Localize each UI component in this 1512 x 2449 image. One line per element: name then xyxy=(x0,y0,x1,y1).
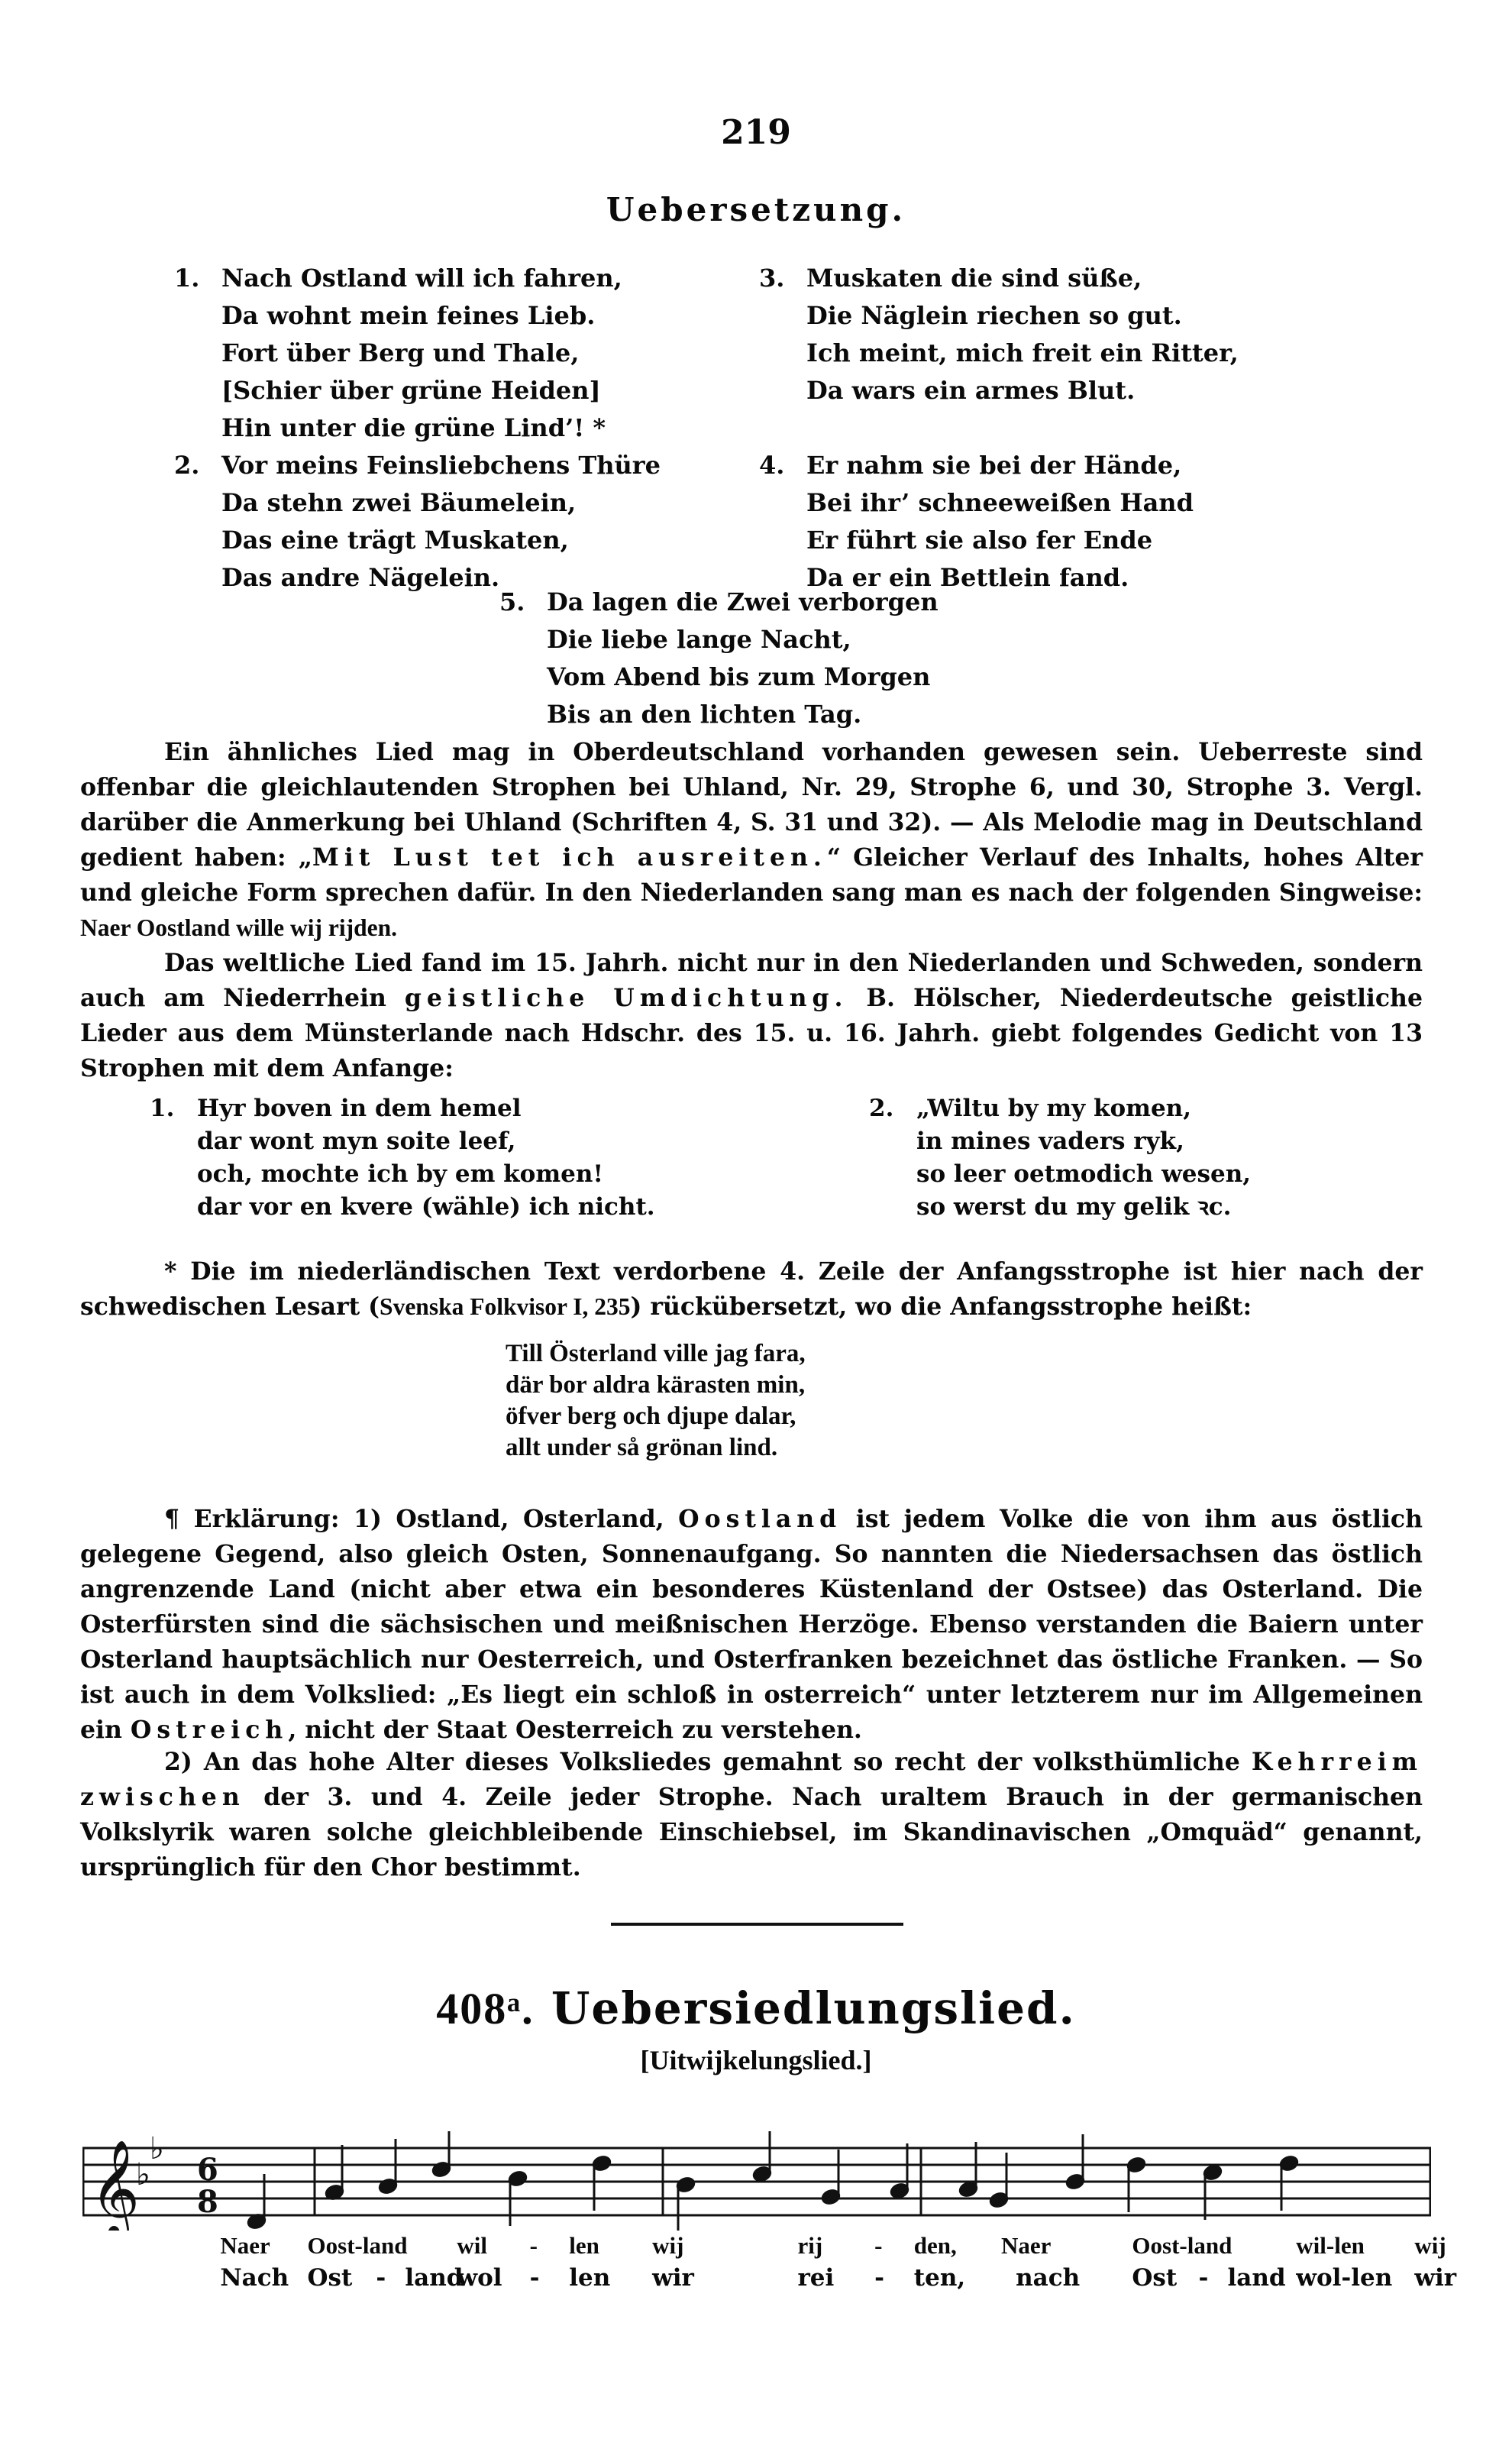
music-staff: 𝄞 ♭ ♭ 6 8 xyxy=(82,2131,1431,2231)
lyric-syllable: Ost xyxy=(1132,2264,1177,2292)
verse-line: dar vor en kvere (wähle) ich nicht. xyxy=(197,1191,655,1224)
lyric-syllable: land xyxy=(405,2264,463,2292)
lyrics-german: NachOst-landwol-lenwirrei-ten,nachOst-la… xyxy=(0,2264,1512,2295)
lyric-syllable: wij xyxy=(1414,2232,1446,2260)
verse-line: Die liebe lange Nacht, xyxy=(547,621,939,658)
verse-line: Fort über Berg und Thale, xyxy=(221,335,622,372)
lyric-syllable: Nach xyxy=(220,2264,289,2292)
lyric-syllable: - xyxy=(874,2232,882,2260)
flat-icon: ♭ xyxy=(150,2131,164,2166)
swedish-stanza: Till Österland ville jag fara, där bor a… xyxy=(506,1338,806,1464)
lyric-syllable: wij xyxy=(652,2232,683,2260)
verse-line: där bor aldra kärasten min, xyxy=(506,1370,806,1401)
source-citation: Svenska Folkvisor I, 235 xyxy=(380,1293,631,1320)
lyric-syllable: wir xyxy=(1414,2264,1456,2292)
section-divider xyxy=(611,1923,903,1926)
lyric-syllable: wol xyxy=(457,2264,502,2292)
stanza-number: 3. xyxy=(759,260,784,297)
text: der 3. und 4. Zeile jeder Strophe. Nach … xyxy=(80,1783,1423,1881)
lyric-syllable: len xyxy=(569,2264,610,2292)
stanza-number: 2. xyxy=(174,447,199,484)
lyric-syllable: - xyxy=(376,2264,386,2292)
lyric-syllable: Oost-land xyxy=(308,2232,408,2260)
verse-line: Er führt sie also fer Ende xyxy=(806,522,1194,559)
lyric-syllable: Naer xyxy=(1001,2232,1051,2260)
svg-text:8: 8 xyxy=(197,2184,218,2220)
stanza-4: 4. Er nahm sie bei der Hände, Bei ihr’ s… xyxy=(806,447,1194,597)
dutch-stanza-2: 2. „Wiltu by my komen, in mines vaders r… xyxy=(916,1092,1251,1224)
text: ) rückübersetzt, wo die Anfangsstrophe h… xyxy=(631,1292,1252,1321)
verse-line: Er nahm sie bei der Hände, xyxy=(806,447,1194,484)
footnote: * Die im niederländischen Text verdorben… xyxy=(80,1254,1423,1325)
lyric-syllable: wol-len xyxy=(1296,2264,1392,2292)
stanza-number: 1. xyxy=(150,1092,174,1125)
spaced-emphasis: Oostland xyxy=(678,1505,842,1533)
verse-line: Bis an den lichten Tag. xyxy=(547,696,939,733)
stanza-2: 2. Vor meins Feinsliebchens Thüre Da ste… xyxy=(221,447,661,597)
lyric-syllable: den, xyxy=(914,2232,957,2260)
stanza-number: 4. xyxy=(759,447,784,484)
dutch-stanza-1: 1. Hyr boven in dem hemel dar wont myn s… xyxy=(197,1092,655,1224)
lyric-syllable: - xyxy=(530,2232,538,2260)
explanation-note-2: 2) An das hohe Alter dieses Volksliedes … xyxy=(80,1745,1423,1885)
verse-line: Ich meint, mich freit ein Ritter, xyxy=(806,335,1239,372)
treble-clef-icon: 𝄞 xyxy=(90,2139,140,2231)
verse-line: Nach Ostland will ich fahren, xyxy=(221,260,622,297)
time-signature: 6 xyxy=(197,2152,218,2188)
commentary-paragraph-2: Das weltliche Lied fand im 15. Jahrh. ni… xyxy=(80,946,1423,1086)
explanation-label: ¶ Erklärung: 1) Ostland, Osterland, xyxy=(164,1505,678,1533)
verse-line: allt under så grönan lind. xyxy=(506,1432,806,1464)
spaced-emphasis: Ostreich xyxy=(131,1716,288,1744)
lyric-syllable: rij xyxy=(797,2232,822,2260)
dutch-incipit: Naer Oostland wille wij rijden. xyxy=(80,914,397,941)
spaced-emphasis: geistliche Umdichtung. xyxy=(405,984,848,1012)
flat-icon: ♭ xyxy=(136,2157,150,2192)
song-subtitle: [Uitwijkelungslied.] xyxy=(0,2044,1512,2076)
verse-line: Hyr boven in dem hemel xyxy=(197,1092,655,1125)
page-number: 219 xyxy=(0,113,1512,152)
translation-heading: Uebersetzung. xyxy=(0,191,1512,228)
lyrics-dutch: NaerOost-landwil-lenwijrij-den,NaerOost-… xyxy=(0,2232,1512,2263)
verse-line: „Wiltu by my komen, xyxy=(916,1092,1251,1125)
song-title: 408ᵃ. Uebersiedlungslied. xyxy=(0,1982,1512,2034)
explanation-note-1: ¶ Erklärung: 1) Ostland, Osterland, Oost… xyxy=(80,1502,1423,1748)
lyric-syllable: Ost xyxy=(308,2264,353,2292)
verse-line: so leer oetmodich wesen, xyxy=(916,1158,1251,1191)
lyric-syllable: land xyxy=(1228,2264,1286,2292)
verse-line: in mines vaders ryk, xyxy=(916,1125,1251,1158)
lyric-syllable: - xyxy=(874,2264,884,2292)
verse-line: Hin unter die grüne Lind’! * xyxy=(221,409,622,447)
lyric-syllable: - xyxy=(1198,2264,1208,2292)
verse-line: Da lagen die Zwei verborgen xyxy=(547,584,939,621)
lyric-syllable: len xyxy=(569,2232,599,2260)
verse-line: Die Näglein riechen so gut. xyxy=(806,297,1239,335)
verse-line: Da stehn zwei Bäumelein, xyxy=(221,484,661,522)
verse-line: [Schier über grüne Heiden] xyxy=(221,372,622,409)
stanza-number: 5. xyxy=(499,584,525,621)
song-number: 408ᵃ. xyxy=(436,1984,534,2033)
verse-line: Da wohnt mein feines Lieb. xyxy=(221,297,622,335)
text: , nicht der Staat Oesterreich zu versteh… xyxy=(288,1716,862,1744)
verse-line: öfver berg och djupe dalar, xyxy=(506,1401,806,1432)
lyric-syllable: - xyxy=(530,2264,540,2292)
stanza-number: 2. xyxy=(869,1092,893,1125)
commentary-paragraph-1: Ein ähnliches Lied mag in Oberdeutschlan… xyxy=(80,735,1423,946)
verse-line: Das eine trägt Muskaten, xyxy=(221,522,661,559)
text: ist jedem Volke die von ihm aus östlich … xyxy=(80,1505,1423,1744)
stanza-number: 1. xyxy=(174,260,199,297)
lyric-syllable: rei xyxy=(797,2264,834,2292)
stanza-1: 1. Nach Ostland will ich fahren, Da wohn… xyxy=(221,260,622,447)
spaced-emphasis: Mit Lust tet ich ausreiten. xyxy=(312,843,827,872)
lyric-syllable: Naer xyxy=(220,2232,270,2260)
lyric-syllable: Oost-land xyxy=(1132,2232,1232,2260)
verse-line: Muskaten die sind süße, xyxy=(806,260,1239,297)
lyric-syllable: wir xyxy=(652,2264,694,2292)
verse-line: och, mochte ich by em komen! xyxy=(197,1158,655,1191)
staff-lines xyxy=(82,2148,1431,2215)
lyric-syllable: ten, xyxy=(914,2264,965,2292)
lyric-syllable: nach xyxy=(1016,2264,1080,2292)
verse-line: dar wont myn soite leef, xyxy=(197,1125,655,1158)
text: 2) An das hohe Alter dieses Volksliedes … xyxy=(164,1748,1252,1776)
verse-line: Bei ihr’ schneeweißen Hand xyxy=(806,484,1194,522)
verse-line: so werst du my gelik ꝛc. xyxy=(916,1191,1251,1224)
stanza-5: 5. Da lagen die Zwei verborgen Die liebe… xyxy=(547,584,939,733)
lyric-syllable: wil xyxy=(457,2232,487,2260)
song-title-text: Uebersiedlungslied. xyxy=(551,1982,1076,2034)
verse-line: Till Österland ville jag fara, xyxy=(506,1338,806,1370)
verse-line: Vom Abend bis zum Morgen xyxy=(547,658,939,696)
verse-line: Da wars ein armes Blut. xyxy=(806,372,1239,409)
lyric-syllable: wil-len xyxy=(1296,2232,1365,2260)
verse-line: Vor meins Feinsliebchens Thüre xyxy=(221,447,661,484)
stanza-3: 3. Muskaten die sind süße, Die Näglein r… xyxy=(806,260,1239,409)
